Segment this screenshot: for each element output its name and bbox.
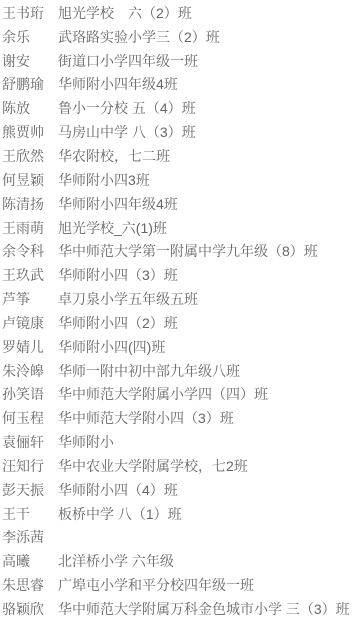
table-row: 袁俪轩 华师附小 [0, 430, 361, 454]
student-name: 孙笑语 [0, 384, 58, 404]
school-class: 华师附小四（2）班 [58, 313, 361, 333]
table-row: 陈清扬 华师附小四年级4班 [0, 192, 361, 216]
school-class: 卓刀泉小学五年级五班 [58, 289, 361, 309]
student-name: 王书珩 [0, 3, 58, 23]
table-row: 罗婧儿 华师附小四(四)班 [0, 335, 361, 359]
table-row: 彭天振 华师附小四（4）班 [0, 478, 361, 502]
school-class: 华师附小四(四)班 [58, 337, 361, 357]
student-name: 李泺茜 [0, 527, 58, 547]
student-name: 余令科 [0, 241, 58, 261]
table-row: 李泺茜 [0, 526, 361, 550]
table-row: 王干 板桥中学 八（1）班 [0, 502, 361, 526]
table-row: 骆颖欣 华中师范大学附属万科金色城市小学 三（3）班 [0, 597, 361, 621]
school-class: 旭光学校_六(1)班 [58, 218, 361, 238]
school-class: 板桥中学 八（1）班 [58, 504, 361, 524]
table-row: 谢安 街道口小学四年级一班 [0, 49, 361, 73]
table-row: 王雨萌 旭光学校_六(1)班 [0, 216, 361, 240]
student-name: 袁俪轩 [0, 432, 58, 452]
school-class: 华农附校，七二班 [58, 146, 361, 166]
school-class: 街道口小学四年级一班 [58, 51, 361, 71]
school-class: 华中师范大学第一附属中学九年级（8）班 [58, 241, 361, 261]
table-row: 孙笑语 华中师范大学附属小学四（四）班 [0, 383, 361, 407]
table-row: 何玉程 华中师范大学附小四（3）班 [0, 406, 361, 430]
table-row: 王玖武 华师附小四（3）班 [0, 263, 361, 287]
school-class: 马房山中学 八（3）班 [58, 122, 361, 142]
student-name: 王干 [0, 504, 58, 524]
student-name: 骆颖欣 [0, 599, 58, 619]
school-class: 华师附小四年级4班 [58, 194, 361, 214]
student-name: 余乐 [0, 27, 58, 47]
table-row: 舒鹏瑜 华师附小四年级4班 [0, 73, 361, 97]
student-name: 陈清扬 [0, 194, 58, 214]
school-class: 华中师范大学附属小学四（四）班 [58, 384, 361, 404]
student-name: 陈放 [0, 98, 58, 118]
school-class: 华师附小四（3）班 [58, 265, 361, 285]
student-name: 何昱颖 [0, 170, 58, 190]
table-row: 芦筝 卓刀泉小学五年级五班 [0, 287, 361, 311]
student-roster: 王书珩 旭光学校 六（2）班 余乐 武珞路实验小学三（2）班 谢安 街道口小学四… [0, 0, 361, 621]
school-class: 华师附小四（4）班 [58, 480, 361, 500]
student-name: 卢镜康 [0, 313, 58, 333]
school-class: 华中农业大学附属学校，七2班 [58, 456, 361, 476]
student-name: 王玖武 [0, 265, 58, 285]
table-row: 何昱颖 华师附小四3班 [0, 168, 361, 192]
school-class: 武珞路实验小学三（2）班 [58, 27, 361, 47]
table-row: 余令科 华中师范大学第一附属中学九年级（8）班 [0, 239, 361, 263]
table-row: 余乐 武珞路实验小学三（2）班 [0, 25, 361, 49]
student-name: 王雨萌 [0, 218, 58, 238]
student-name: 朱思睿 [0, 575, 58, 595]
school-class: 华师附小四3班 [58, 170, 361, 190]
school-class: 广埠屯小学和平分校四年级一班 [58, 575, 361, 595]
school-class: 华中师范大学附小四（3）班 [58, 408, 361, 428]
table-row: 汪知行 华中农业大学附属学校，七2班 [0, 454, 361, 478]
student-name: 高曦 [0, 551, 58, 571]
student-name: 彭天振 [0, 480, 58, 500]
table-row: 朱泠皞 华师一附中初中部九年级八班 [0, 359, 361, 383]
school-class: 鲁小一分校 五（4）班 [58, 98, 361, 118]
school-class: 华师附小 [58, 432, 361, 452]
school-class: 旭光学校 六（2）班 [58, 3, 361, 23]
table-row: 熊贾帅 马房山中学 八（3）班 [0, 120, 361, 144]
table-row: 陈放 鲁小一分校 五（4）班 [0, 96, 361, 120]
table-row: 朱思睿 广埠屯小学和平分校四年级一班 [0, 573, 361, 597]
table-row: 高曦 北洋桥小学 六年级 [0, 549, 361, 573]
table-row: 王欣然 华农附校，七二班 [0, 144, 361, 168]
school-class: 北洋桥小学 六年级 [58, 551, 361, 571]
table-row: 王书珩 旭光学校 六（2）班 [0, 1, 361, 25]
student-name: 朱泠皞 [0, 361, 58, 381]
student-name: 罗婧儿 [0, 337, 58, 357]
student-name: 汪知行 [0, 456, 58, 476]
student-name: 芦筝 [0, 289, 58, 309]
student-name: 何玉程 [0, 408, 58, 428]
school-class: 华中师范大学附属万科金色城市小学 三（3）班 [58, 599, 361, 619]
table-row: 卢镜康 华师附小四（2）班 [0, 311, 361, 335]
school-class: 华师附小四年级4班 [58, 74, 361, 94]
school-class: 华师一附中初中部九年级八班 [58, 361, 361, 381]
student-name: 熊贾帅 [0, 122, 58, 142]
student-name: 王欣然 [0, 146, 58, 166]
student-name: 谢安 [0, 51, 58, 71]
student-name: 舒鹏瑜 [0, 74, 58, 94]
